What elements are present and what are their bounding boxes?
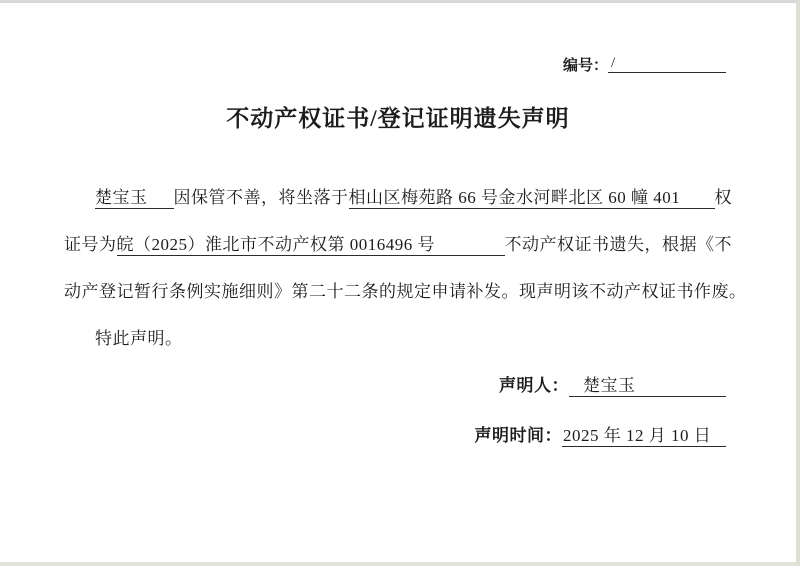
document-title: 不动产权证书/登记证明遗失声明: [0, 103, 796, 134]
declarant-name-blank: 楚宝玉: [95, 183, 174, 209]
body-line-2: 证号为 皖（2025）淮北市不动产权第 0016496 号 不动产权证书遗失，根…: [64, 219, 732, 266]
signature-block: 声明人：楚宝玉 声明时间：2025 年 12 月 10 日: [0, 360, 796, 457]
serial-row: 编号：/: [0, 3, 796, 73]
signature-row: 声明人：楚宝玉: [0, 360, 796, 407]
property-location-blank: 相山区梅苑路 66 号金水河畔北区 60 幢 401: [349, 183, 715, 209]
body-text-line1-tail: 权: [715, 183, 733, 208]
declaration-date-blank: 2025 年 12 月 10 日: [562, 421, 726, 447]
serial-number-blank: /: [608, 55, 726, 73]
body-text-after-name: 因保管不善，将坐落于: [174, 183, 349, 208]
body-text-line2-tail: 不动产权证书遗失，根据《不: [505, 230, 733, 255]
declaration-date-label: 声明时间：: [475, 421, 563, 446]
body-text-line2-head: 证号为: [64, 230, 117, 255]
certificate-number-blank: 皖（2025）淮北市不动产权第 0016496 号: [117, 230, 505, 256]
date-row: 声明时间：2025 年 12 月 10 日: [0, 410, 796, 457]
serial-number-label: 编号：: [563, 54, 608, 75]
body-line-1: 楚宝玉 因保管不善，将坐落于 相山区梅苑路 66 号金水河畔北区 60 幢 40…: [64, 172, 732, 219]
body-line-3: 动产登记暂行条例实施细则》第二十二条的规定申请补发。现声明该不动产权证书作废。: [64, 266, 732, 313]
declarant-signature-blank: 楚宝玉: [569, 371, 726, 397]
declarant-label: 声明人：: [499, 371, 569, 396]
closing-statement: 特此声明。: [64, 324, 183, 349]
document-page: 编号：/ 不动产权证书/登记证明遗失声明 楚宝玉 因保管不善，将坐落于 相山区梅…: [0, 0, 800, 566]
declaration-body: 楚宝玉 因保管不善，将坐落于 相山区梅苑路 66 号金水河畔北区 60 幢 40…: [64, 172, 732, 360]
closing-line: 特此声明。: [64, 313, 732, 360]
body-text-line3: 动产登记暂行条例实施细则》第二十二条的规定申请补发。现声明该不动产权证书作废。: [64, 277, 747, 302]
